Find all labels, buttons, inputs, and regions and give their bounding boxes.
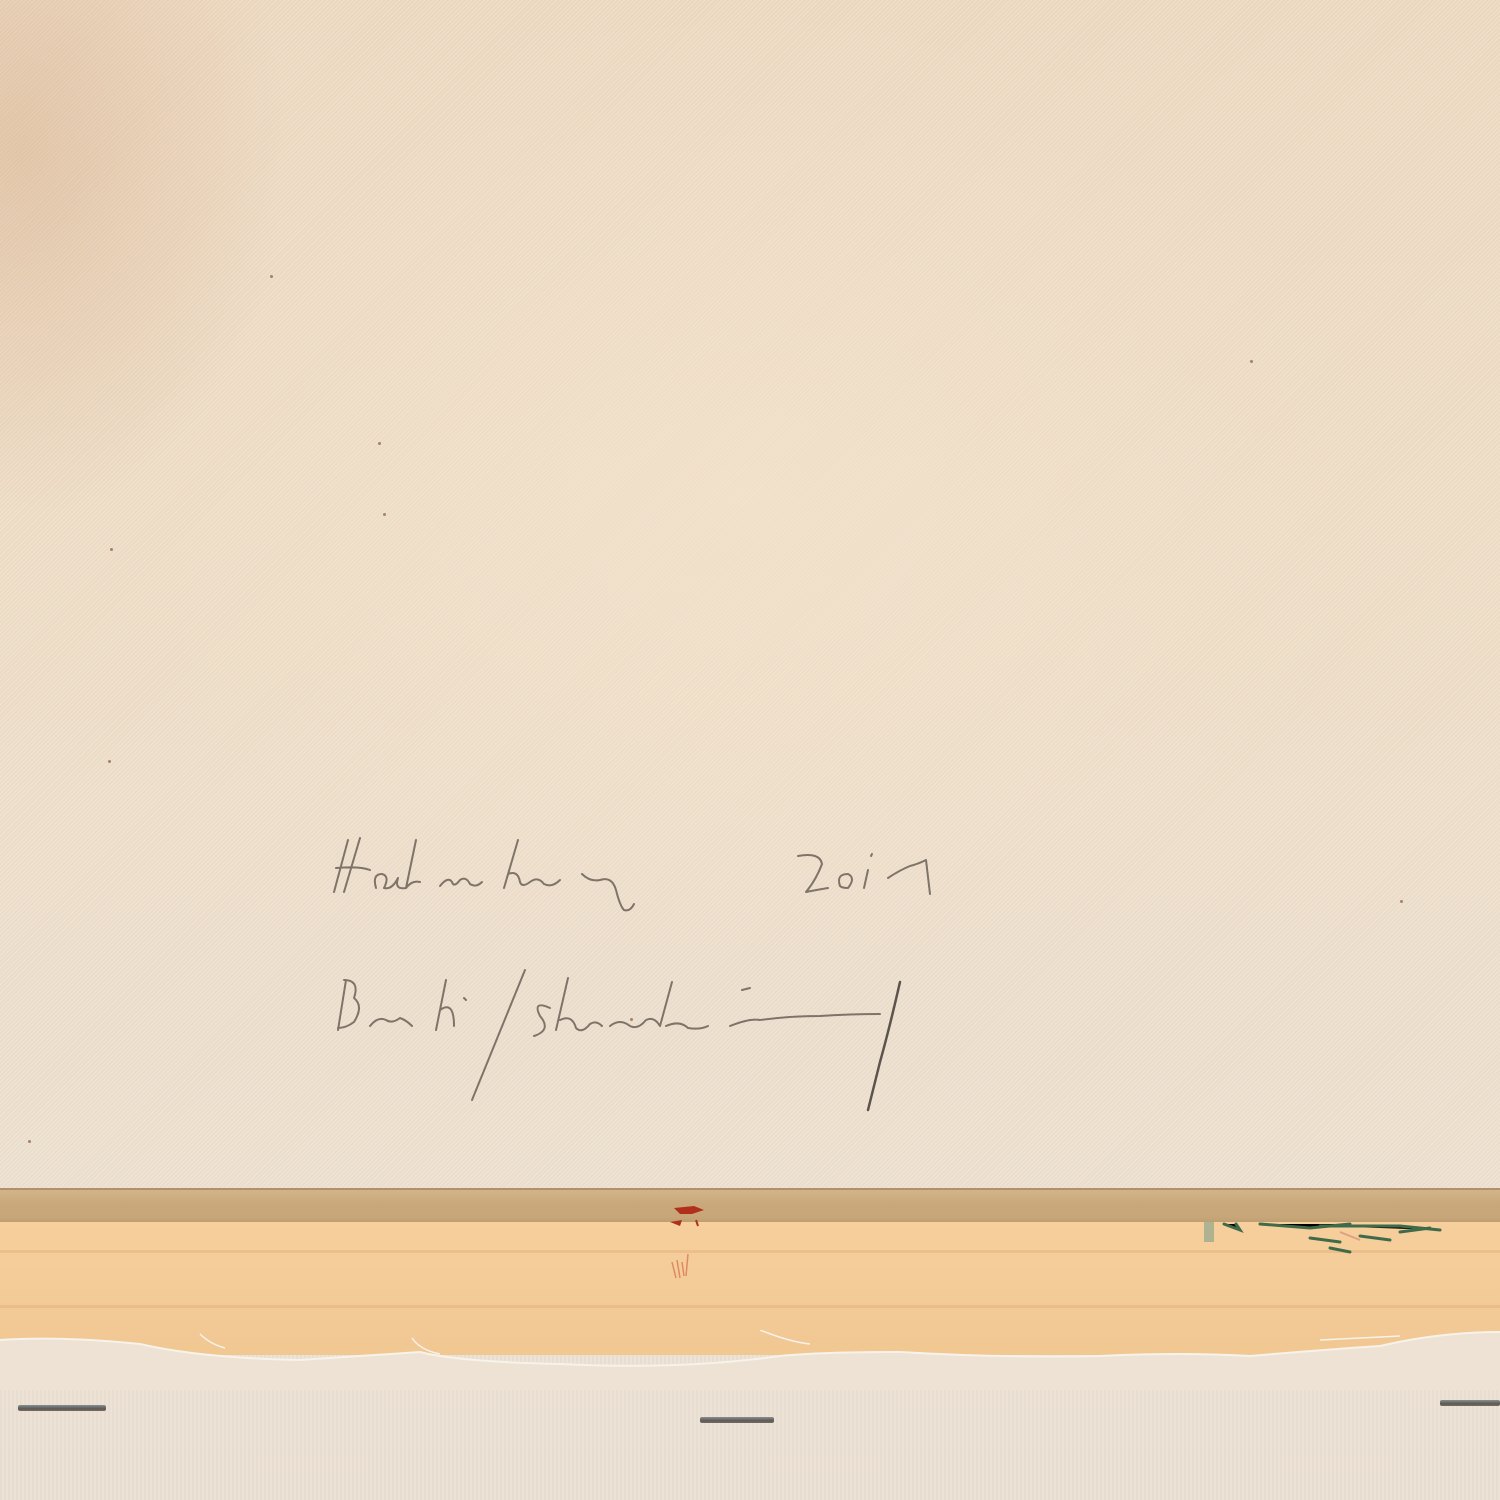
canvas-speck: [378, 442, 381, 445]
canvas-speck: [110, 548, 113, 551]
canvas-speck: [270, 275, 273, 278]
pencil-inscription: Hackenheim 2001 Berlin / Schlüsselfeld: [320, 830, 1200, 1150]
canvas-speck: [1250, 360, 1253, 363]
canvas-speck: [1400, 900, 1403, 903]
canvas-speck: [28, 1140, 31, 1143]
red-paint-mark: [668, 1204, 718, 1284]
staple: [18, 1405, 106, 1411]
canvas-speck: [108, 760, 111, 763]
staple: [700, 1417, 774, 1423]
frayed-canvas-edge: [0, 1330, 1500, 1390]
stretcher-bar-edge: [0, 1188, 1500, 1224]
staple: [1440, 1400, 1500, 1406]
green-paint-mark: [1200, 1222, 1470, 1262]
canvas-speck: [383, 513, 386, 516]
